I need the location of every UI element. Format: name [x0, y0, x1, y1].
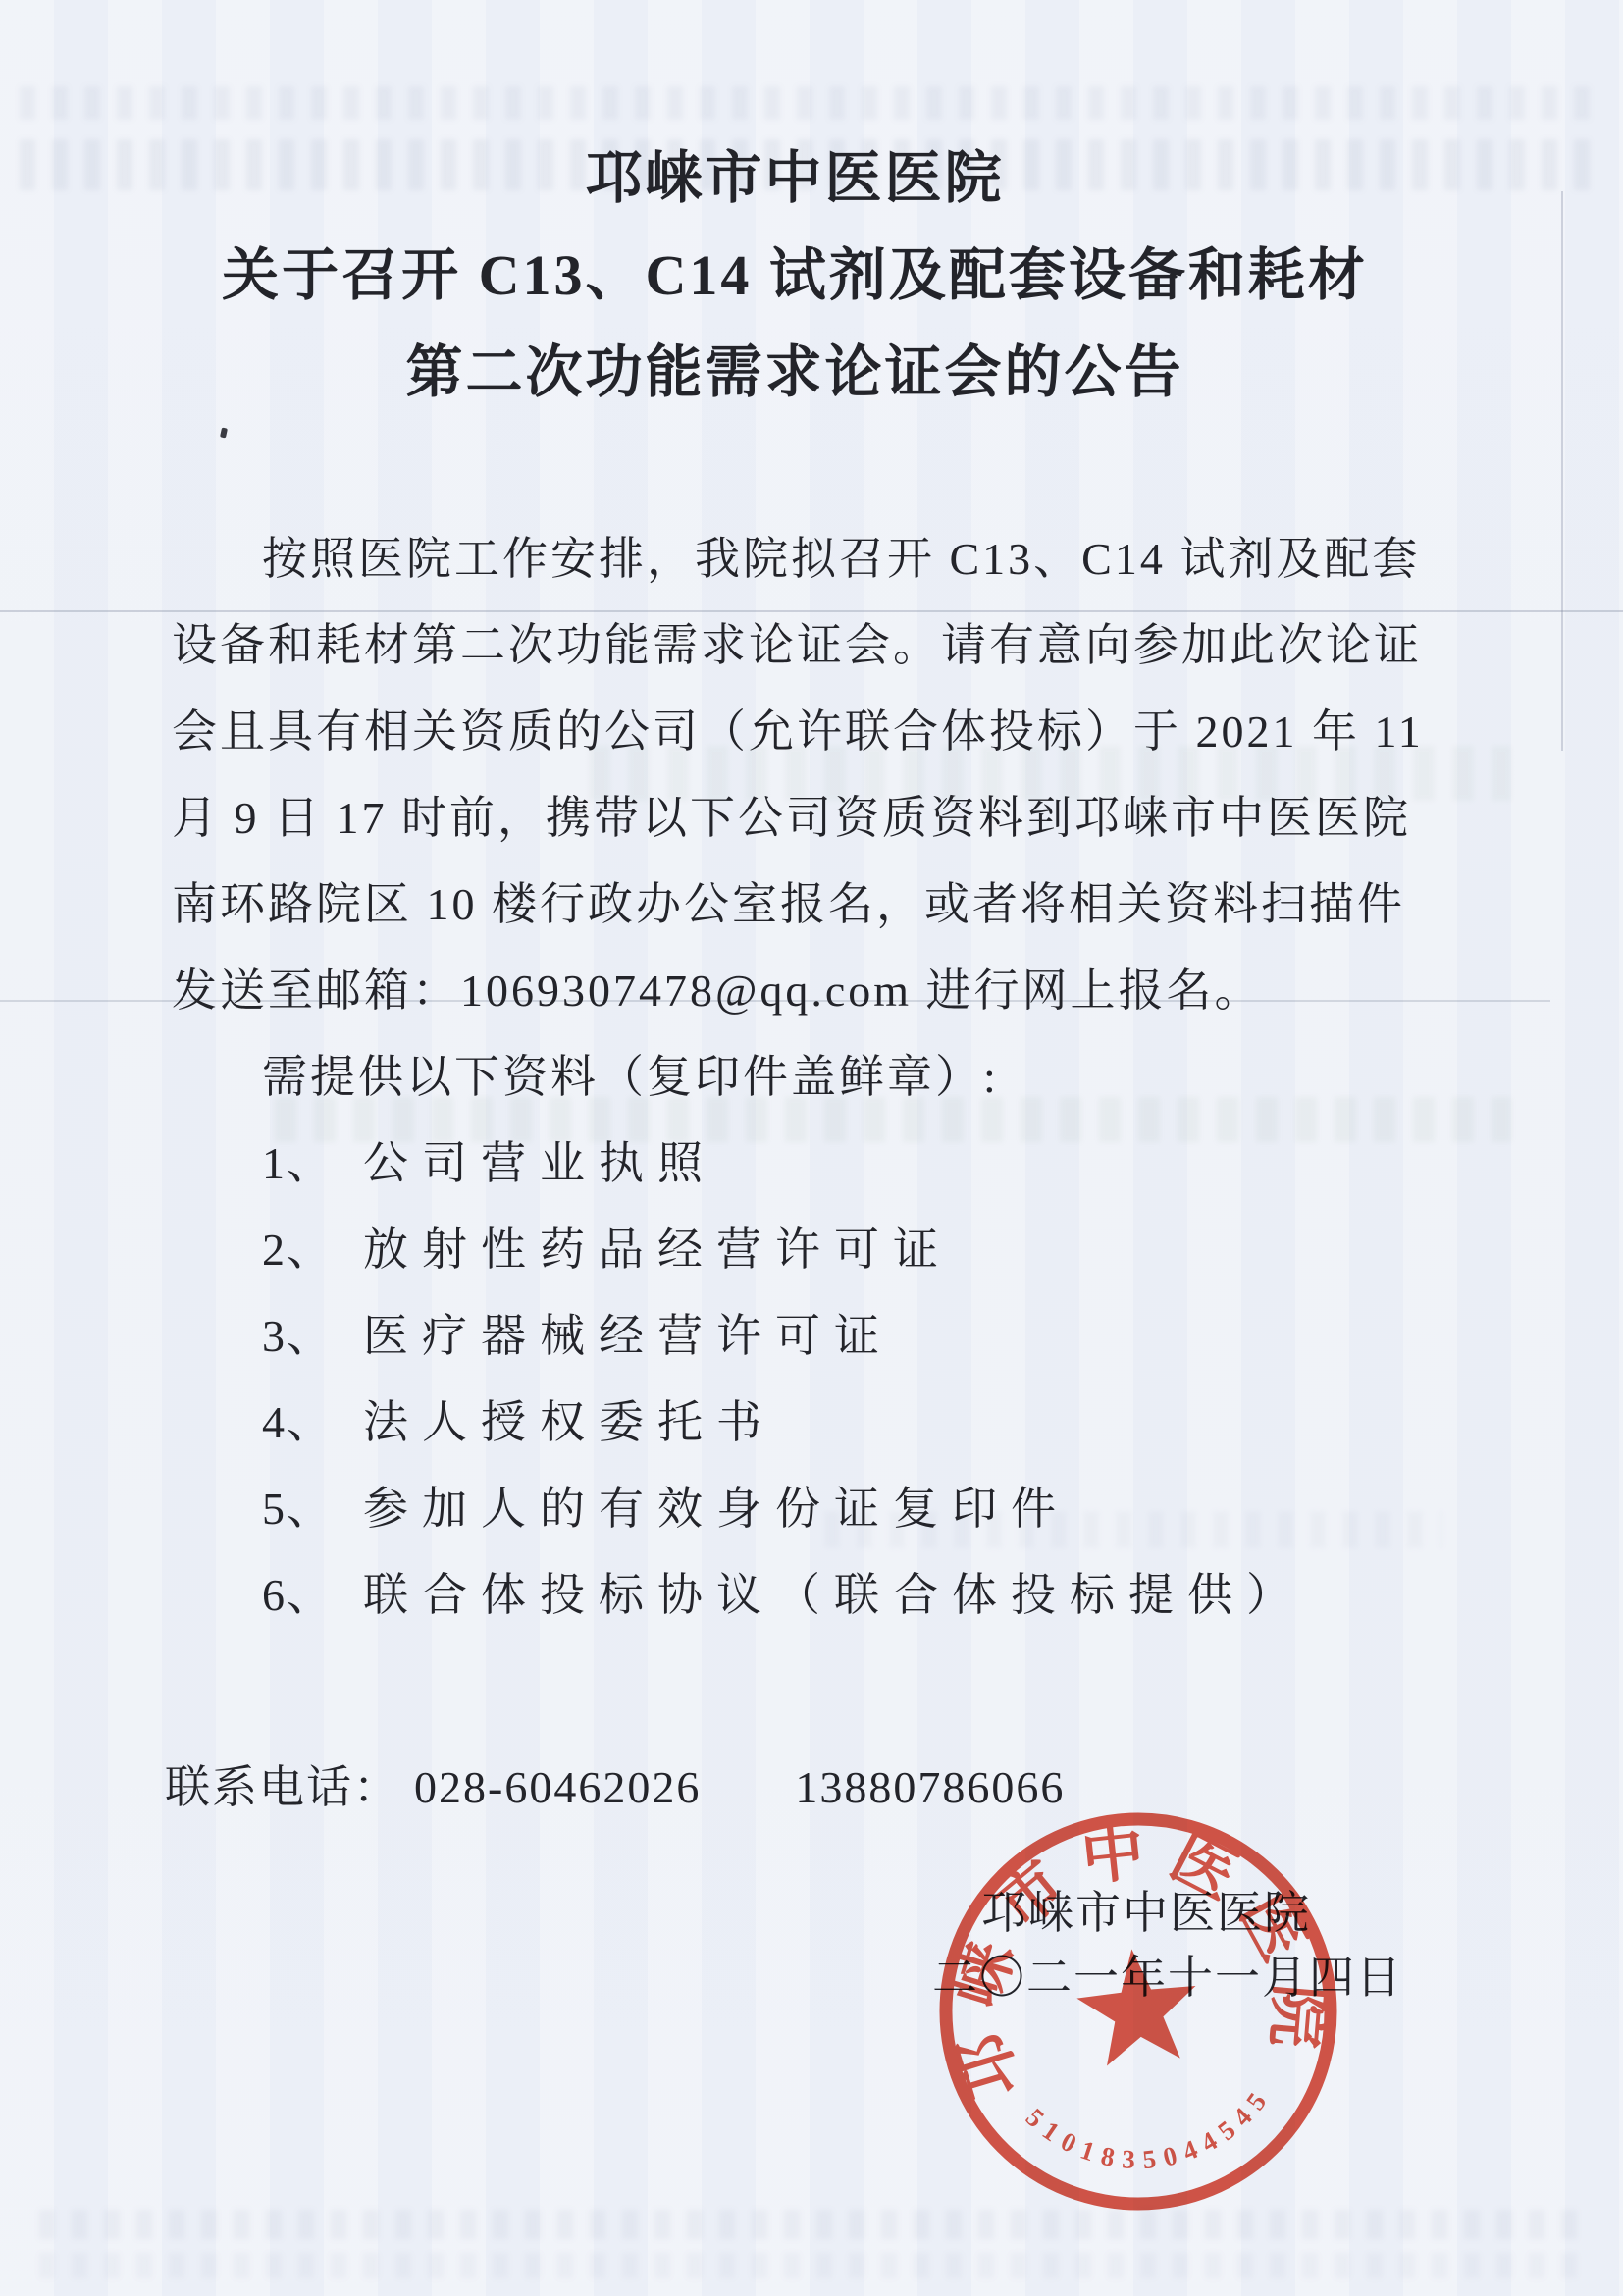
requirement-label: 法人授权委托书: [363, 1397, 775, 1447]
contact-phone-2: 13880786066: [795, 1762, 1065, 1812]
requirement-item: 4、法人授权委托书: [172, 1380, 1477, 1466]
scan-edge-artifact: [1561, 191, 1563, 751]
requirement-number: 6、: [262, 1552, 363, 1639]
document-body: 按照医院工作安排，我院拟召开 C13、C14 试剂及配套设备和耗材第二次功能需求…: [172, 516, 1477, 1639]
requirement-item: 3、医疗器械经营许可证: [172, 1293, 1477, 1380]
requirement-number: 2、: [262, 1207, 363, 1293]
requirement-number: 3、: [262, 1293, 363, 1380]
contact-line: 联系电话：028-6046202613880786066: [165, 1745, 1065, 1831]
scanned-announcement-page: 邛崃市中医医院关于召开 C13、C14 试剂及配套设备和耗材第二次功能需求论证会…: [0, 0, 1623, 2296]
ink-dot: [220, 427, 228, 438]
title-line: 第二次功能需求论证会的公告: [39, 324, 1550, 421]
paragraph-line: 会且具有相关资质的公司（允许联合体投标）于 2021 年 11: [172, 689, 1477, 775]
seal-serial-number: 5101835044545: [1019, 2078, 1284, 2187]
signature-date: 二〇二一年十一月四日: [932, 1951, 1403, 2006]
signature-organization: 邛崃市中医医院: [981, 1886, 1311, 1941]
requirement-label: 公司营业执照: [363, 1138, 716, 1188]
requirement-number: 5、: [262, 1466, 363, 1552]
paragraph-line: 设备和耗材第二次功能需求论证会。请有意向参加此次论证: [172, 602, 1477, 689]
requirement-number: 4、: [262, 1380, 363, 1466]
official-seal: 邛崃市中医医院 5101835044545: [907, 1780, 1371, 2244]
requirement-number: 1、: [262, 1121, 363, 1207]
paragraph-line: 月 9 日 17 时前，携带以下公司资质资料到邛崃市中医医院: [172, 775, 1477, 861]
seal-ring: [927, 1800, 1350, 2223]
contact-label: 联系电话：: [165, 1762, 400, 1812]
bleedthrough-band: [20, 86, 1603, 120]
paragraph-line: 按照医院工作安排，我院拟召开 C13、C14 试剂及配套: [172, 516, 1477, 602]
requirement-label: 放射性药品经营许可证: [363, 1225, 952, 1275]
body-paragraph: 按照医院工作安排，我院拟召开 C13、C14 试剂及配套设备和耗材第二次功能需求…: [172, 516, 1477, 1034]
requirements-intro: 需提供以下资料（复印件盖鲜章）:: [172, 1034, 1477, 1121]
requirement-item: 5、参加人的有效身份证复印件: [172, 1466, 1477, 1552]
bleedthrough-band: [39, 2210, 1590, 2239]
requirement-item: 1、公司营业执照: [172, 1121, 1477, 1207]
paragraph-line: 发送至邮箱：1069307478@qq.com 进行网上报名。: [172, 948, 1477, 1034]
requirement-label: 参加人的有效身份证复印件: [363, 1484, 1070, 1534]
requirement-label: 联合体投标协议（联合体投标提供）: [363, 1570, 1305, 1620]
paragraph-line: 南环路院区 10 楼行政办公室报名，或者将相关资料扫描件: [172, 861, 1477, 948]
requirement-item: 6、联合体投标协议（联合体投标提供）: [172, 1552, 1477, 1639]
requirement-item: 2、放射性药品经营许可证: [172, 1207, 1477, 1293]
title-line: 邛崃市中医医院: [39, 130, 1550, 227]
document-title: 邛崃市中医医院关于召开 C13、C14 试剂及配套设备和耗材第二次功能需求论证会…: [39, 130, 1550, 421]
requirements-list: 1、公司营业执照 2、放射性药品经营许可证 3、医疗器械经营许可证 4、法人授权…: [172, 1121, 1477, 1639]
title-line: 关于召开 C13、C14 试剂及配套设备和耗材: [39, 227, 1550, 324]
contact-phone-1: 028-60462026: [414, 1762, 701, 1812]
bleedthrough-band: [39, 2253, 1590, 2278]
requirement-label: 医疗器械经营许可证: [363, 1311, 893, 1361]
